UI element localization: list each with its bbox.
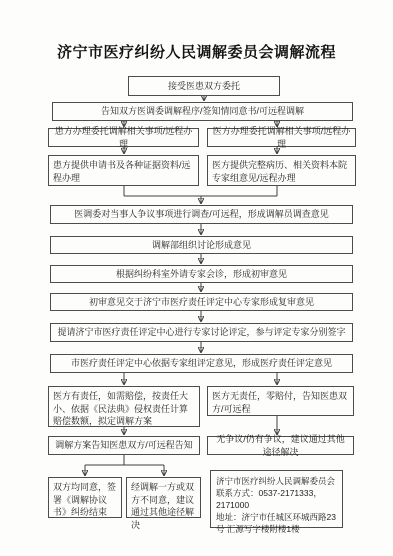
flow-node-both-agree: 双方均同意，签署《调解协议书》纠纷结束 — [48, 477, 122, 518]
flow-node-expert-evaluation: 提请济宁市医疗责任评定中心进行专家讨论评定，参与评定专家分别签字 — [50, 323, 353, 342]
flow-node-investigate: 医调委对当事人争议事项进行调查/可远程，形成调解员调查意见 — [50, 205, 353, 224]
flow-node-hospital-provide: 医方提供完整病历、相关资料本院专家组意见/远程办理 — [207, 155, 356, 186]
contact-address: 地址：济宁市任城区环城西路23号 汇源写字楼附楼1楼 — [216, 511, 337, 535]
contact-phone: 联系方式：0537-2171333，2171000 — [216, 487, 337, 511]
flow-node-dept-discuss: 调解部组织讨论形成意见 — [50, 236, 353, 254]
flow-node-accept-entrust: 接受医患双方委托 — [128, 76, 280, 96]
flow-node-no-dispute: 无争议/仍有争议，建议通过其他途径解决 — [207, 436, 354, 455]
flow-node-not-agree: 经调解一方或双方不同意，建议通过其他途径解决 — [126, 477, 201, 518]
flow-node-evaluation-opinion: 市医疗责任评定中心依据专家组评定意见，形成医疗责任评定意见 — [50, 354, 353, 373]
flow-node-hospital-liable: 医方有责任，如需赔偿，按责任大小、依据《民法典》侵权责任计算赔偿数额，拟定调解方… — [48, 386, 200, 427]
flow-node-review-opinion: 初审意见交于济宁市医疗责任评定中心专家形成复审意见 — [50, 293, 353, 311]
contact-name: 济宁市医疗纠纷人民调解委员会 — [216, 475, 337, 487]
flow-node-patient-provide: 患方提供申请书及各种证据资料/远程办理 — [48, 155, 199, 186]
flow-node-expert-consult: 根据纠纷科室外请专家会诊，形成初审意见 — [50, 265, 353, 283]
flow-node-hospital-not-liable: 医方无责任，零赔付，告知医患双方/可远程 — [207, 386, 354, 416]
flowchart-page: 济宁市医疗纠纷人民调解委员会调解流程 — [0, 0, 393, 556]
flow-node-notify-plan: 调解方案告知医患双方/可远程告知 — [48, 436, 200, 455]
flow-node-patient-handle: 患方办理委托调解相关事项/远程办理 — [48, 128, 199, 147]
flow-node-hospital-handle: 医方办理委托调解相关事项/远程办理 — [207, 128, 356, 147]
contact-info-box: 济宁市医疗纠纷人民调解委员会 联系方式：0537-2171333，2171000… — [210, 470, 343, 528]
flow-node-inform-procedure: 告知双方医调委调解程序/签知情同意书/可远程调解 — [52, 102, 353, 121]
